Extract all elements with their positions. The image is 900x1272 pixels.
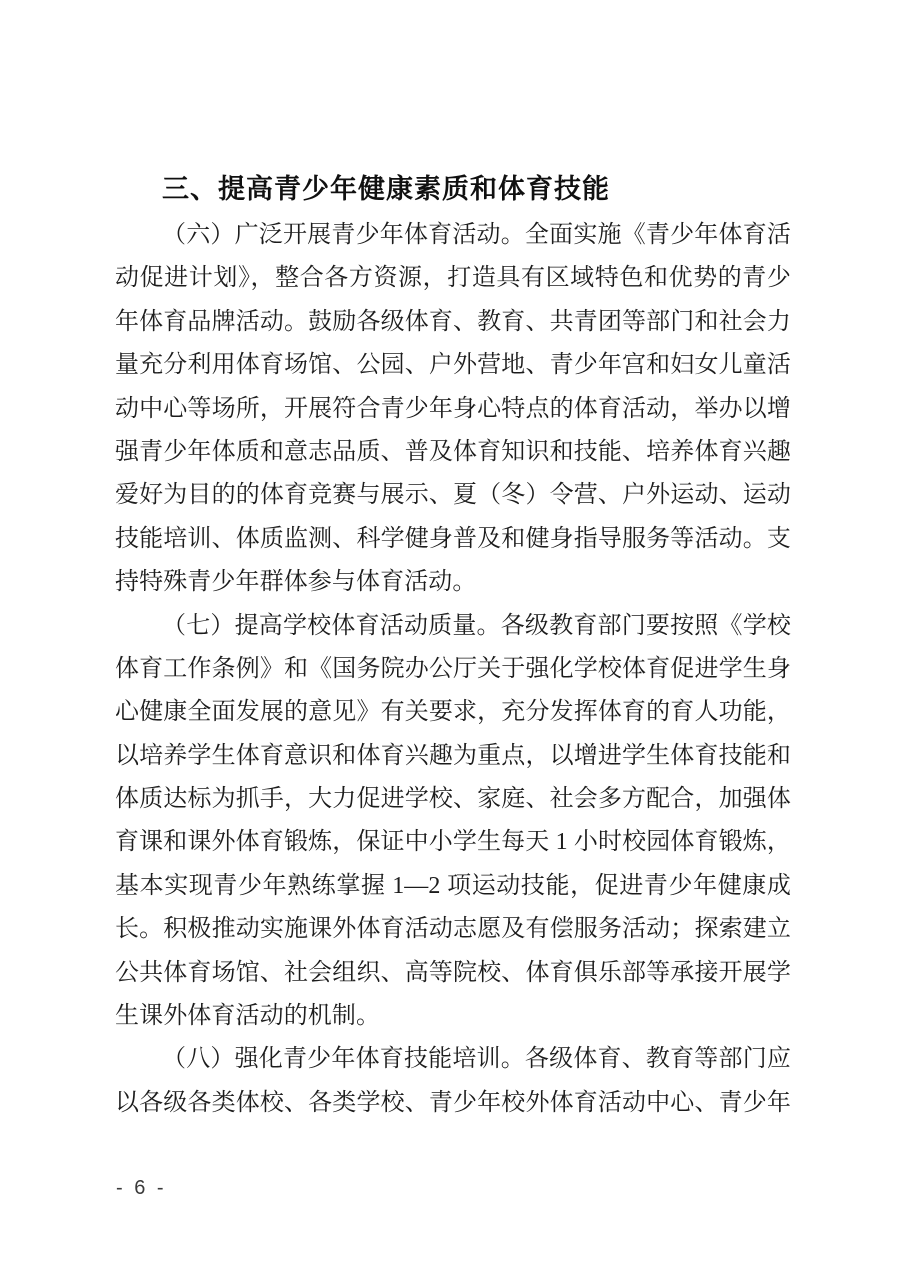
text-line: 公共体育场馆、社会组织、高等院校、体育俱乐部等承接开展学 bbox=[115, 952, 791, 995]
text-line: （六）广泛开展青少年体育活动。全面实施《青少年体育活 bbox=[115, 214, 791, 257]
paragraph-7: （七）提高学校体育活动质量。各级教育部门要按照《学校 体育工作条例》和《国务院办… bbox=[115, 605, 791, 1039]
text-line: 育课和课外体育锻炼，保证中小学生每天 1 小时校园体育锻炼， bbox=[115, 821, 791, 864]
text-line: 以培养学生体育意识和体育兴趣为重点，以增进学生体育技能和 bbox=[115, 735, 791, 778]
text-line: 以各级各类体校、各类学校、青少年校外体育活动中心、青少年 bbox=[115, 1082, 791, 1125]
page-number: - 6 - bbox=[116, 1177, 167, 1200]
document-content: 三、提高青少年健康素质和体育技能 （六）广泛开展青少年体育活动。全面实施《青少年… bbox=[115, 164, 791, 1125]
text-line: 量充分利用体育场馆、公园、户外营地、青少年宫和妇女儿童活 bbox=[115, 344, 791, 387]
text-line: 动促进计划》，整合各方资源，打造具有区域特色和优势的青少 bbox=[115, 257, 791, 300]
text-line: 生课外体育活动的机制。 bbox=[115, 995, 791, 1038]
text-line: 基本实现青少年熟练掌握 1—2 项运动技能，促进青少年健康成 bbox=[115, 865, 791, 908]
text-line: 强青少年体质和意志品质、普及体育知识和技能、培养体育兴趣 bbox=[115, 431, 791, 474]
text-line: 体质达标为抓手，大力促进学校、家庭、社会多方配合，加强体 bbox=[115, 778, 791, 821]
text-line: 体育工作条例》和《国务院办公厅关于强化学校体育促进学生身 bbox=[115, 648, 791, 691]
text-line: 动中心等场所，开展符合青少年身心特点的体育活动，举办以增 bbox=[115, 388, 791, 431]
text-line: 技能培训、体质监测、科学健身普及和健身指导服务等活动。支 bbox=[115, 518, 791, 561]
paragraph-8: （八）强化青少年体育技能培训。各级体育、教育等部门应 以各级各类体校、各类学校、… bbox=[115, 1038, 791, 1125]
text-line: 长。积极推动实施课外体育活动志愿及有偿服务活动；探索建立 bbox=[115, 908, 791, 951]
text-line: （八）强化青少年体育技能培训。各级体育、教育等部门应 bbox=[115, 1038, 791, 1081]
text-line: 持特殊青少年群体参与体育活动。 bbox=[115, 561, 791, 604]
text-line: 爱好为目的的体育竞赛与展示、夏（冬）令营、户外运动、运动 bbox=[115, 474, 791, 517]
paragraph-6: （六）广泛开展青少年体育活动。全面实施《青少年体育活 动促进计划》，整合各方资源… bbox=[115, 214, 791, 605]
text-line: 年体育品牌活动。鼓励各级体育、教育、共青团等部门和社会力 bbox=[115, 301, 791, 344]
document-page: 三、提高青少年健康素质和体育技能 （六）广泛开展青少年体育活动。全面实施《青少年… bbox=[0, 0, 900, 1272]
text-line: 心健康全面发展的意见》有关要求，充分发挥体育的育人功能， bbox=[115, 691, 791, 734]
text-line: （七）提高学校体育活动质量。各级教育部门要按照《学校 bbox=[115, 605, 791, 648]
section-heading: 三、提高青少年健康素质和体育技能 bbox=[115, 164, 791, 214]
